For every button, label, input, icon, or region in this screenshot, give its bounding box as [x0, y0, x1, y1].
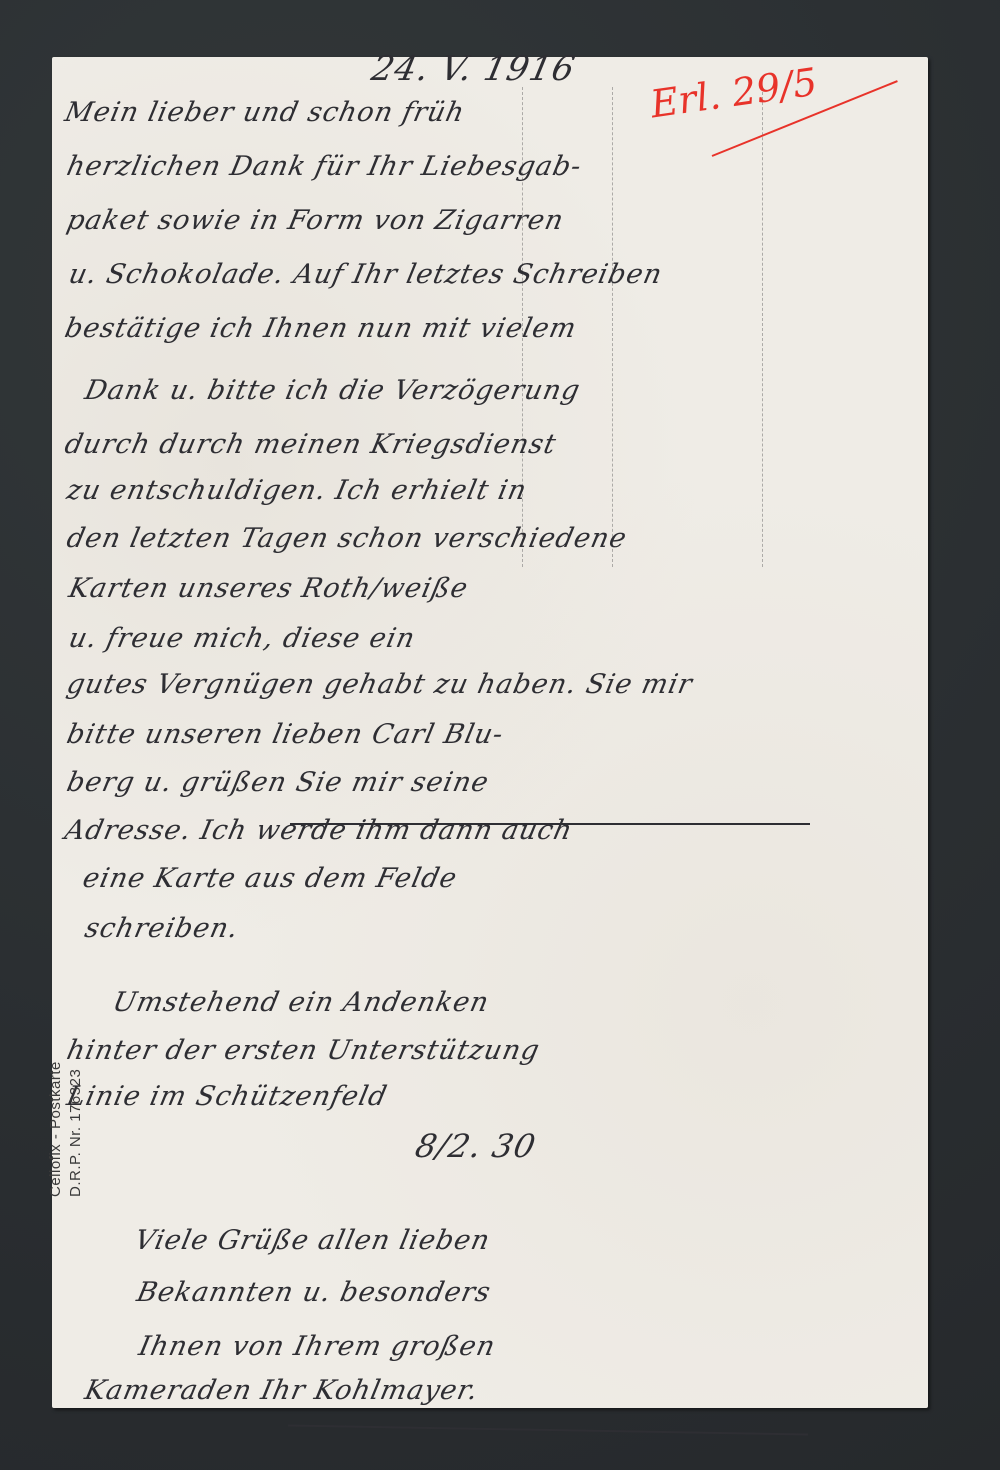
- body-line: schreiben.: [82, 913, 242, 944]
- body-line: zu entschuldigen. Ich erhielt in: [64, 475, 530, 506]
- section-line: Linie im Schützenfeld: [64, 1081, 390, 1112]
- body-line: u. freue mich, diese ein: [66, 623, 418, 654]
- closing-line: Ihnen von Ihrem großen: [136, 1331, 498, 1362]
- body-line: Dank u. bitte ich die Verzögerung: [82, 375, 583, 406]
- body-line: den letzten Tagen schon verschiedene: [64, 523, 630, 554]
- imprint-line-2: D.R.P. Nr. 176323: [66, 1061, 86, 1197]
- signature-underline: [288, 1424, 808, 1435]
- closing-line: Viele Grüße allen lieben: [132, 1225, 493, 1256]
- imprint-line-1: Cellofix - Postkarte: [46, 1061, 66, 1197]
- body-line: Adresse. Ich werde ihm dann auch: [62, 815, 576, 846]
- body-line: Karten unseres Roth/weiße: [66, 573, 471, 604]
- postcard: 24. V. 1916 Erl. 29/5 Mein lieber und sc…: [52, 57, 928, 1408]
- body-line: bestätige ich Ihnen nun mit vielem: [62, 313, 580, 344]
- body-line: gutes Vergnügen gehabt zu haben. Sie mir: [64, 669, 696, 700]
- red-annotation: Erl. 29/5: [648, 60, 820, 127]
- body-line: berg u. grüßen Sie mir seine: [64, 767, 492, 798]
- body-line: Mein lieber und schon früh: [62, 97, 468, 128]
- body-line: herzlichen Dank für Ihr Liebesgab-: [64, 151, 585, 182]
- body-line: paket sowie in Form von Zigarren: [64, 205, 567, 236]
- printed-imprint: Cellofix - Postkarte D.R.P. Nr. 176323: [46, 1061, 86, 1197]
- body-line: bitte unseren lieben Carl Blu-: [64, 719, 507, 750]
- date-header: 24. V. 1916: [368, 49, 579, 89]
- section-date: 8/2. 30: [412, 1127, 540, 1165]
- body-line: u. Schokolade. Auf Ihr letztes Schreiben: [66, 259, 665, 290]
- dashed-guide-line: [762, 87, 763, 567]
- section-line: hinter der ersten Unterstützung: [64, 1035, 543, 1066]
- body-line: durch durch meinen Kriegsdienst: [62, 429, 559, 460]
- body-line: eine Karte aus dem Felde: [80, 863, 460, 894]
- closing-line: Bekannten u. besonders: [134, 1277, 494, 1308]
- dashed-guide-line: [612, 87, 613, 567]
- section-line: Umstehend ein Andenken: [110, 987, 492, 1018]
- signature-line: Kameraden Ihr Kohlmayer.: [82, 1375, 481, 1406]
